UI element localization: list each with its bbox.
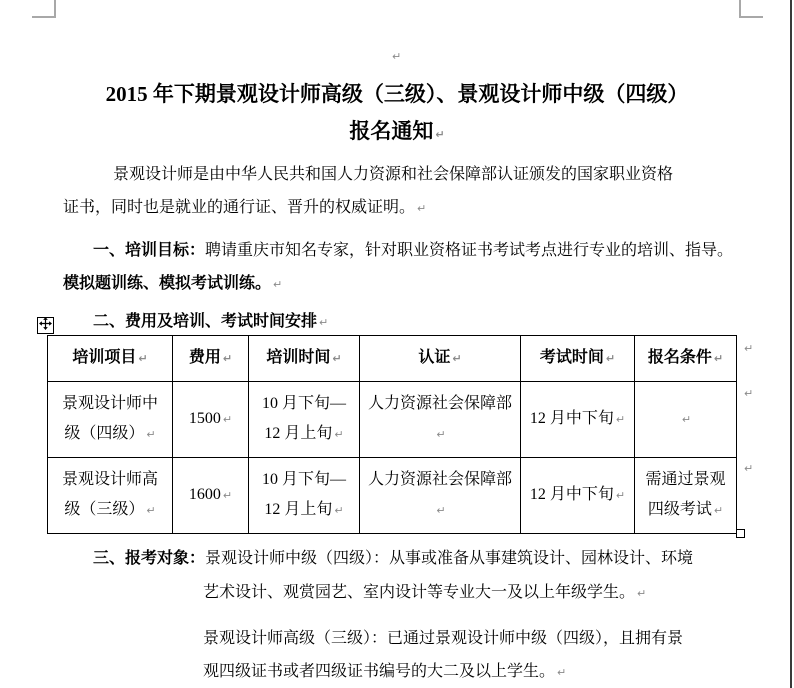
table-header-row: 培训项目↵ 费用↵ 培训时间↵ 认证↵ 考试时间↵ 报名条件↵ bbox=[48, 336, 737, 382]
text-boundary-corner-mark bbox=[739, 16, 763, 18]
pilcrow-mark: ↵ bbox=[221, 352, 232, 365]
pilcrow-mark: ↵ bbox=[434, 428, 445, 441]
cell-exam-time[interactable]: 12 月中下旬↵ bbox=[521, 458, 635, 534]
pilcrow-mark: ↵ bbox=[433, 128, 444, 141]
cell-train-time[interactable]: 10 月下旬—12 月上旬↵ bbox=[249, 458, 360, 534]
header-cell-fee[interactable]: 费用↵ bbox=[173, 336, 249, 382]
section3-para2-line-1[interactable]: 景观设计师高级（三级）：已通过景观设计师中级（四级），且拥有景 bbox=[203, 629, 683, 648]
pilcrow-mark: ↵ bbox=[136, 352, 147, 365]
pilcrow-mark: ↵ bbox=[332, 504, 343, 517]
section3-line-2[interactable]: 艺术设计、观赏园艺、室内设计等专业大一及以上年级学生。↵ bbox=[203, 583, 646, 603]
header-cell-condition[interactable]: 报名条件↵ bbox=[635, 336, 737, 382]
cell-fee[interactable]: 1500↵ bbox=[173, 382, 249, 458]
pilcrow-mark: ↵ bbox=[604, 352, 615, 365]
pilcrow-mark: ↵ bbox=[742, 387, 753, 400]
pilcrow-mark: ↵ bbox=[332, 428, 343, 441]
pilcrow-mark: ↵ bbox=[317, 316, 328, 329]
pilcrow-mark: ↵ bbox=[742, 342, 753, 355]
header-cell-certification[interactable]: 认证↵ bbox=[360, 336, 521, 382]
table-resize-handle[interactable] bbox=[736, 529, 745, 538]
section3-line-1[interactable]: 三、报考对象：景观设计师中级（四级）：从事或准备从事建筑设计、园林设计、环境 bbox=[93, 549, 693, 568]
end-of-row-mark: ↵ bbox=[742, 339, 753, 357]
pilcrow-mark: ↵ bbox=[712, 352, 723, 365]
move-icon bbox=[39, 317, 52, 335]
fee-schedule-table: 培训项目↵ 费用↵ 培训时间↵ 认证↵ 考试时间↵ 报名条件↵ 景观设计师中级（… bbox=[47, 335, 737, 534]
pilcrow-mark: ↵ bbox=[614, 413, 625, 426]
cell-condition-empty[interactable]: ↵ bbox=[635, 382, 737, 458]
end-of-row-mark: ↵ bbox=[742, 459, 753, 477]
cell-exam-time[interactable]: 12 月中下旬↵ bbox=[521, 382, 635, 458]
cell-certification[interactable]: 人力资源社会保障部↵ bbox=[360, 382, 521, 458]
pilcrow-mark: ↵ bbox=[390, 50, 401, 63]
section1-line-2[interactable]: 模拟题训练、模拟考试训练。↵ bbox=[63, 274, 282, 294]
pilcrow-mark: ↵ bbox=[434, 504, 445, 517]
pilcrow-mark: ↵ bbox=[635, 587, 646, 600]
cell-fee[interactable]: 1600↵ bbox=[173, 458, 249, 534]
table-move-handle[interactable] bbox=[37, 317, 54, 334]
pilcrow-mark: ↵ bbox=[271, 278, 282, 291]
end-of-row-mark: ↵ bbox=[742, 384, 753, 402]
pilcrow-mark: ↵ bbox=[221, 413, 232, 426]
pilcrow-mark: ↵ bbox=[330, 352, 341, 365]
table-row-advanced: 景观设计师高级（三级）↵ 1600↵ 10 月下旬—12 月上旬↵ 人力资源社会… bbox=[48, 458, 737, 534]
cell-project[interactable]: 景观设计师中级（四级）↵ bbox=[48, 382, 173, 458]
section3-para2-line-2[interactable]: 观四级证书或者四级证书编号的大二及以上学生。↵ bbox=[203, 662, 566, 682]
text-boundary-corner-mark bbox=[32, 16, 56, 18]
title-line-1[interactable]: 2015 年下期景观设计师高级（三级）、景观设计师中级（四级） bbox=[40, 76, 754, 113]
header-cell-exam-time[interactable]: 考试时间↵ bbox=[521, 336, 635, 382]
section2-heading[interactable]: 二、费用及培训、考试时间安排↵ bbox=[93, 312, 328, 332]
intro-paragraph-line-1[interactable]: 景观设计师是由中华人民共和国人力资源和社会保障部认证颁发的国家职业资格 bbox=[113, 165, 673, 184]
pilcrow-mark: ↵ bbox=[221, 489, 232, 502]
empty-paragraph-mark: ↵ bbox=[390, 47, 401, 65]
header-cell-project[interactable]: 培训项目↵ bbox=[48, 336, 173, 382]
pilcrow-mark: ↵ bbox=[712, 504, 723, 517]
title-line-2[interactable]: 报名通知↵ bbox=[40, 113, 754, 153]
cell-certification[interactable]: 人力资源社会保障部↵ bbox=[360, 458, 521, 534]
section1-heading: 一、培训目标： bbox=[93, 242, 205, 259]
page-edge-line bbox=[790, 0, 792, 688]
document-title[interactable]: 2015 年下期景观设计师高级（三级）、景观设计师中级（四级） 报名通知↵ bbox=[40, 76, 754, 153]
word-document-page: ↵ 2015 年下期景观设计师高级（三级）、景观设计师中级（四级） 报名通知↵ … bbox=[0, 0, 794, 688]
pilcrow-mark: ↵ bbox=[144, 504, 155, 517]
pilcrow-mark: ↵ bbox=[614, 489, 625, 502]
pilcrow-mark: ↵ bbox=[415, 202, 426, 215]
cell-train-time[interactable]: 10 月下旬—12 月上旬↵ bbox=[249, 382, 360, 458]
section3-heading: 三、报考对象： bbox=[93, 550, 205, 567]
cell-project[interactable]: 景观设计师高级（三级）↵ bbox=[48, 458, 173, 534]
header-cell-train-time[interactable]: 培训时间↵ bbox=[249, 336, 360, 382]
pilcrow-mark: ↵ bbox=[144, 428, 155, 441]
table-row-intermediate: 景观设计师中级（四级）↵ 1500↵ 10 月下旬—12 月上旬↵ 人力资源社会… bbox=[48, 382, 737, 458]
section1-line-1[interactable]: 一、培训目标：聘请重庆市知名专家，针对职业资格证书考试考点进行专业的培训、指导。 bbox=[93, 241, 733, 260]
cell-condition[interactable]: 需通过景观四级考试↵ bbox=[635, 458, 737, 534]
pilcrow-mark: ↵ bbox=[450, 352, 461, 365]
pilcrow-mark: ↵ bbox=[555, 666, 566, 679]
pilcrow-mark: ↵ bbox=[680, 413, 691, 426]
intro-paragraph-line-2[interactable]: 证书，同时也是就业的通行证、晋升的权威证明。↵ bbox=[63, 198, 426, 218]
pilcrow-mark: ↵ bbox=[742, 462, 753, 475]
